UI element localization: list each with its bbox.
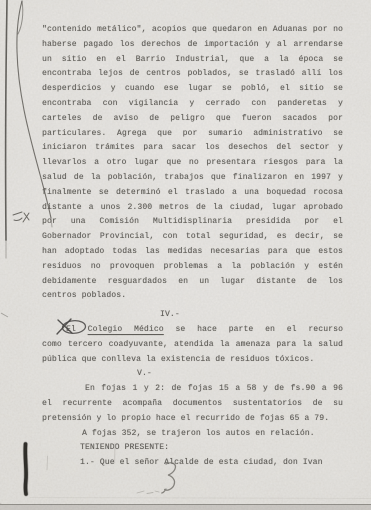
colegio-crossed-word: El (66, 325, 76, 334)
text-line: un sitio en el Barrio Industrial, que a … (42, 53, 343, 68)
margin-scribble (13, 212, 29, 222)
text-line: pretensión y lo propio hace el recurrido… (42, 412, 343, 427)
text-line: salud de la población, trabajos que fina… (42, 171, 343, 186)
scan-edge-line (6, 0, 7, 258)
text-line: iniciaron trámites para sacar los desech… (42, 141, 343, 156)
text-line: encontraba lejos de centros poblados, se… (42, 67, 343, 82)
line-considerando-1: 1.- Que el señor Alcalde de esta ciudad,… (42, 456, 343, 471)
text-line: Gobernador Provincial, con total segurid… (42, 230, 343, 245)
edge-tick-mark (1, 313, 8, 317)
text-line: debidamente resguardados en un lugar dis… (42, 275, 343, 290)
text-line: "contenido metálico", acopios que quedar… (42, 23, 343, 38)
colegio-line-rest: se hace parte en el recurso (175, 325, 343, 334)
text-line: En fojas 1 y 2: de fojas 15 a 58 y de fs… (42, 382, 343, 397)
paragraph-fojas: En fojas 1 y 2: de fojas 15 a 58 y de fs… (42, 382, 343, 426)
text-line: desperdicios y cuando ese lugar se pobló… (42, 82, 343, 97)
line-teniendo-presente: TENIENDO PRESENTE: (42, 441, 343, 456)
text-line: centros poblados. (42, 289, 343, 304)
paragraph-colegio-medico: El Colegio Médico se hace parte en el re… (42, 323, 343, 367)
line-autos-en-relacion: A fojas 352, se trajeron los autos en re… (42, 427, 343, 442)
text-line: el recurrente acompaña documentos susten… (42, 397, 343, 412)
scanned-document-page: "contenido metálico", acopios que quedar… (0, 0, 371, 510)
text-line: El Colegio Médico se hace parte en el re… (42, 323, 343, 338)
text-line: distante a unos 2.300 metros de la ciuda… (42, 201, 343, 216)
text-line: particulares. Agrega que por sumario adm… (42, 127, 343, 142)
text-line: encontraba con vigilancia y cerrado con … (42, 97, 343, 112)
text-line: residuos no provoquen problemas a la pob… (42, 260, 343, 275)
text-line: llevarlos a otro lugar que no presentara… (42, 156, 343, 171)
text-line: pública que conlleva la existencia de re… (42, 353, 343, 368)
section-heading-v: V.- (42, 367, 343, 382)
ink-streak (25, 444, 26, 494)
text-line: han adoptado todas las medidas necesaria… (42, 245, 343, 260)
colegio-underlined-phrase: Colegio Médico (88, 325, 164, 334)
text-line: haberse pagado los derechos de importaci… (42, 38, 343, 53)
paragraph-continuation: "contenido metálico", acopios que quedar… (42, 23, 343, 304)
text-line: carteles de aviso de peligro que fueron … (42, 112, 343, 127)
section-heading-iv: IV.- (42, 308, 343, 323)
text-line: finalmente se determinó el traslado a un… (42, 186, 343, 201)
page-bottom-edge (0, 504, 371, 510)
text-line: por una Comisión Multidisplinaria presid… (42, 215, 343, 230)
document-text: "contenido metálico", acopios que quedar… (42, 23, 343, 471)
pencil-smudge (137, 491, 159, 494)
text-line: como tercero coadyuvante, atendida la am… (42, 338, 343, 353)
